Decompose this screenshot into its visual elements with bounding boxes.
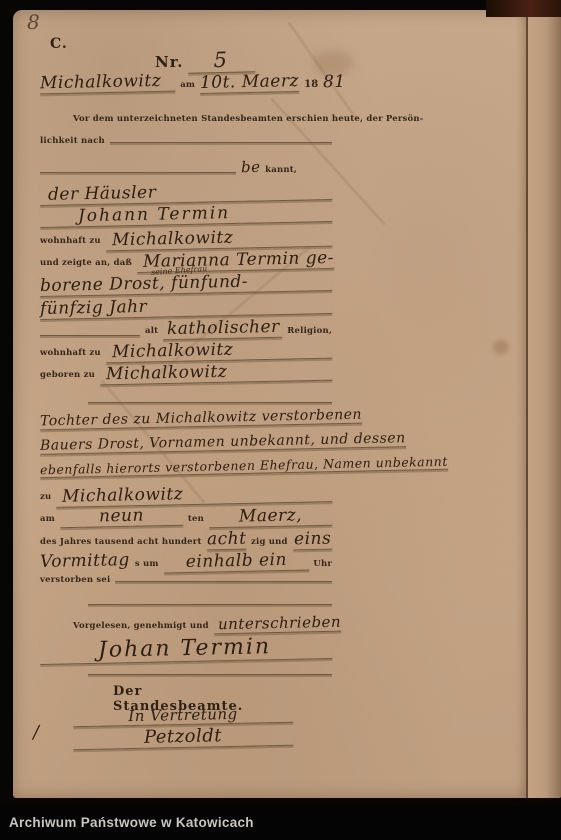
declarant-signature-row: Johan Termin <box>40 636 332 662</box>
declarant-signature: Johan Termin <box>40 633 332 665</box>
archive-caption: Archiwum Państwowe w Katowicach <box>9 815 254 830</box>
occupation-row: der Häusler <box>40 182 332 203</box>
birthplace-row: geboren zu Michalkowitz <box>40 362 332 383</box>
known-printed: kannt, <box>265 165 297 175</box>
death-hour: einhalb ein <box>163 549 308 573</box>
alt-label: alt <box>145 326 158 336</box>
section-row: C. <box>50 36 68 52</box>
appearer-name-row: Johann Termin <box>40 204 332 225</box>
wohnhaft-label-1: wohnhaft zu <box>40 236 101 246</box>
religion-label: Religion, <box>287 326 332 336</box>
parents-line1: Tochter des zu Michalkowitz verstorbenen <box>40 407 362 431</box>
verstorben-row: verstorben sei <box>40 575 332 585</box>
death-place-row: zu Michalkowitz <box>40 484 332 505</box>
margin-mark: / <box>33 722 40 743</box>
parents-line3: ebenfalls hierorts verstorbenen Ehefrau,… <box>40 454 448 479</box>
form-rule <box>88 400 332 403</box>
paper-stain <box>493 340 509 354</box>
year-tens: acht <box>206 529 246 551</box>
dateline-day-month: 10t. Maerz <box>200 71 299 94</box>
intro-line1: Vor dem unterzeichneten Standesbeamten e… <box>73 114 424 124</box>
residence2-row: wohnhaft zu Michalkowitz <box>40 340 332 361</box>
form-rule <box>40 333 140 336</box>
form-rule <box>115 579 332 582</box>
record-number: 5 <box>188 47 255 73</box>
deceased-line2-row: borene Drost, fünfund- <box>40 273 332 294</box>
year-ones: eins <box>292 529 332 551</box>
folio-row: 8 <box>27 10 40 34</box>
record-number-row: Nr. 5 <box>155 48 255 73</box>
closing-row: Vorgelesen, genehmigt und unterschrieben <box>73 614 332 633</box>
dateline-row: Michalkowitz am 10t. Maerz 18 81 <box>40 72 332 93</box>
deceased-line3-row: fünfzig Jahr <box>40 296 332 317</box>
appearer-name: Johann Termin <box>40 201 332 228</box>
religion-row: alt katholischer Religion, <box>40 318 332 339</box>
dateline-place: Michalkowitz <box>40 71 176 95</box>
nr-label: Nr. <box>155 53 183 71</box>
death-day-row: am neun ten Maerz, <box>40 506 332 527</box>
page-gutter-seam <box>526 10 561 798</box>
geboren-label: geboren zu <box>40 370 95 380</box>
vertretung-row: In Vertretung <box>73 706 293 725</box>
known-script: be <box>240 158 260 176</box>
archival-scan: 8 C. Nr. 5 Michalkowitz am 10t. Maerz 18… <box>0 0 561 840</box>
daypart-script: Vormittag <box>40 550 130 572</box>
zeigte-label: und zeigte an, daß <box>40 258 132 268</box>
am-label: am <box>180 80 195 90</box>
intro-line1-row: Vor dem unterzeichneten Standesbeamten e… <box>73 114 333 124</box>
deceased-birthplace: Michalkowitz <box>100 360 332 386</box>
form-rule <box>88 672 332 675</box>
form-rule <box>40 170 236 173</box>
official-signature-row: Petzoldt <box>73 726 293 748</box>
section-letter: C. <box>50 36 68 52</box>
parents-line3-row: ebenfalls hierorts verstorbenen Ehefrau,… <box>40 458 332 474</box>
book-binding-edge <box>486 0 561 17</box>
known-row: be kannt, <box>40 158 332 176</box>
death-place: Michalkowitz <box>56 481 332 508</box>
death-time-row: Vormittag s um einhalb ein Uhr <box>40 551 332 572</box>
closing-printed: Vorgelesen, genehmigt und <box>73 621 209 631</box>
death-day: neun <box>60 505 183 529</box>
death-year-row: des Jahres tausend acht hundert acht zig… <box>40 529 332 550</box>
year-label: des Jahres tausend acht hundert <box>40 537 202 547</box>
parents-line1-row: Tochter des zu Michalkowitz verstorbenen <box>40 410 332 427</box>
folio-number: 8 <box>27 10 40 34</box>
form-rule <box>110 140 332 143</box>
zu-label: zu <box>40 492 51 502</box>
appearer-residence: Michalkowitz <box>106 226 333 252</box>
wohnhaft-label-2: wohnhaft zu <box>40 348 101 358</box>
uhr-label: Uhr <box>313 559 332 569</box>
form-rule <box>88 602 332 605</box>
intro-line2-row: lichkeit nach <box>40 136 332 146</box>
register-page: 8 C. Nr. 5 Michalkowitz am 10t. Maerz 18… <box>13 10 561 798</box>
archive-watermark-bar: Archiwum Państwowe w Katowicach <box>0 805 561 840</box>
death-month: Maerz, <box>209 505 332 529</box>
am-label-2: am <box>40 514 55 524</box>
ten-label: ten <box>188 514 204 524</box>
zig-label: zig und <box>251 537 288 547</box>
closing-script: unterschrieben <box>214 613 342 635</box>
intro-line2-label: lichkeit nach <box>40 136 105 146</box>
residence1-row: wohnhaft zu Michalkowitz <box>40 228 332 249</box>
um-label: s um <box>135 559 159 569</box>
parents-line2-row: Bauers Drost, Vornamen unbekannt, und de… <box>40 434 332 451</box>
year-script: 81 <box>323 72 346 92</box>
deceased-line3: fünfzig Jahr <box>40 293 332 320</box>
parents-line2: Bauers Drost, Vornamen unbekannt, und de… <box>40 430 406 455</box>
religion-script: katholischer <box>163 317 282 340</box>
verstorben-label: verstorben sei <box>40 575 110 585</box>
year-century: 18 <box>304 79 318 90</box>
official-signature: Petzoldt <box>73 724 293 751</box>
